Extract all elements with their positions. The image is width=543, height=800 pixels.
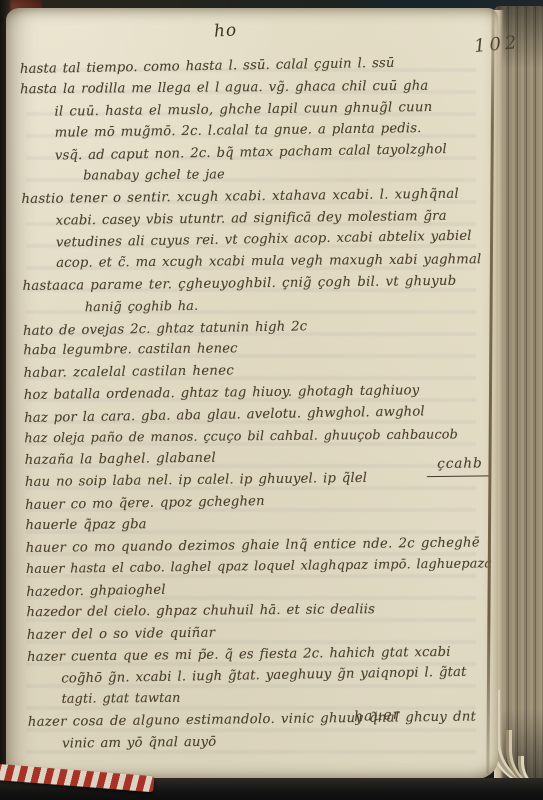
manuscript-line-text: hasta la rodilla me llega el l agua. vg̃… — [20, 78, 428, 97]
manuscript-photo: ho 102 hasta tal tiempo. como hasta l. s… — [0, 0, 543, 800]
manuscript-line-text: acop. et c̃. ma xcugh xcabi mula vegh ma… — [56, 252, 481, 271]
manuscript-line-text: hazaña la baghel. glabanel — [25, 451, 216, 468]
manuscript-line-text: haz por la cara. gba. aba glau. avelotu.… — [24, 404, 425, 426]
manuscript-line-text: mule mō mug̃mō. 2c. l.calal ta gnue. a p… — [55, 122, 422, 141]
manuscript-line-text: vsq̃. ad caput non. 2c. bq̃ mtax pacham … — [55, 142, 447, 163]
manuscript-lines: hasta tal tiempo. como hasta l. ssū. cal… — [20, 52, 490, 755]
manuscript-line-text: hato de ovejas 2c. ghtaz tatunin high 2c — [23, 319, 307, 339]
manuscript-line-text: tagti. gtat tawtan — [62, 691, 181, 707]
manuscript-line-text: vetudines ali cuyus rei. vt coghix acop.… — [56, 229, 472, 251]
manuscript-line-text: hoz batalla ordenada. ghtaz tag hiuoy. g… — [24, 383, 420, 403]
manuscript-line-text: xcabi. casey vbis utuntr. ad significā d… — [56, 208, 447, 228]
manuscript-line-text: haba legumbre. castilan henec — [23, 342, 238, 359]
manuscript-line-text: vinic am yō q̃nal auyō — [62, 734, 216, 751]
manuscript-line-text: hastaaca parame ter. çgheuyoghbil. çnig̃… — [22, 274, 456, 294]
manuscript-line-text: haz oleja paño de manos. çcuço bil cahba… — [24, 427, 458, 446]
manuscript-line-text: hazedor del cielo. ghpaz chuhuil hā. et … — [26, 602, 375, 620]
manuscript-line-text: hauer hasta el cabo. laghel qpaz loquel … — [26, 557, 492, 578]
manuscript-line: vinic am yō q̃nal auyō — [62, 728, 490, 755]
manuscript-line-text: hau no soip laba nel. ip calel. ip ghuuy… — [25, 471, 367, 490]
manuscript-line-text: hazedor. ghpaioghel — [26, 583, 166, 600]
manuscript-line-text: habar. zcalelal castilan henec — [24, 364, 235, 382]
manuscript-line-text: hazer del o so vide quiñar — [27, 625, 216, 642]
manuscript-page: ho 102 hasta tal tiempo. como hasta l. s… — [6, 8, 498, 780]
manuscript-line-text: hauer co mo q̃ere. qpoz gcheghen — [25, 494, 265, 513]
manuscript-line-text: cog̃hō g̃n. xcabi l. iugh g̃tat. yaeghuu… — [61, 665, 466, 687]
manuscript-line-text: banabay gchel te jae — [83, 167, 225, 183]
manuscript-line-text: hasta tal tiempo. como hasta l. ssū. cal… — [20, 56, 395, 77]
catchword: hauer — [354, 707, 401, 725]
manuscript-line-text: hazer cuenta que es mi p̃e. q̃ es fiesta… — [27, 644, 451, 664]
manuscript-line-text: hazer cosa de alguno estimandolo. vinic … — [28, 709, 477, 729]
manuscript-line-text: hauerle q̃paz gba — [25, 517, 146, 533]
running-header: ho — [213, 20, 238, 42]
manuscript-line-text: hanig̃ çoghib ha. — [85, 299, 199, 315]
manuscript-line-text: hauer co mo quando dezimos ghaie lnq̃ en… — [26, 535, 480, 556]
manuscript-line-text: hastio tener o sentir. xcugh xcabi. xtah… — [21, 186, 459, 206]
manuscript-line-text: il cuū. hasta el muslo, ghche lapil cuun… — [54, 100, 432, 120]
